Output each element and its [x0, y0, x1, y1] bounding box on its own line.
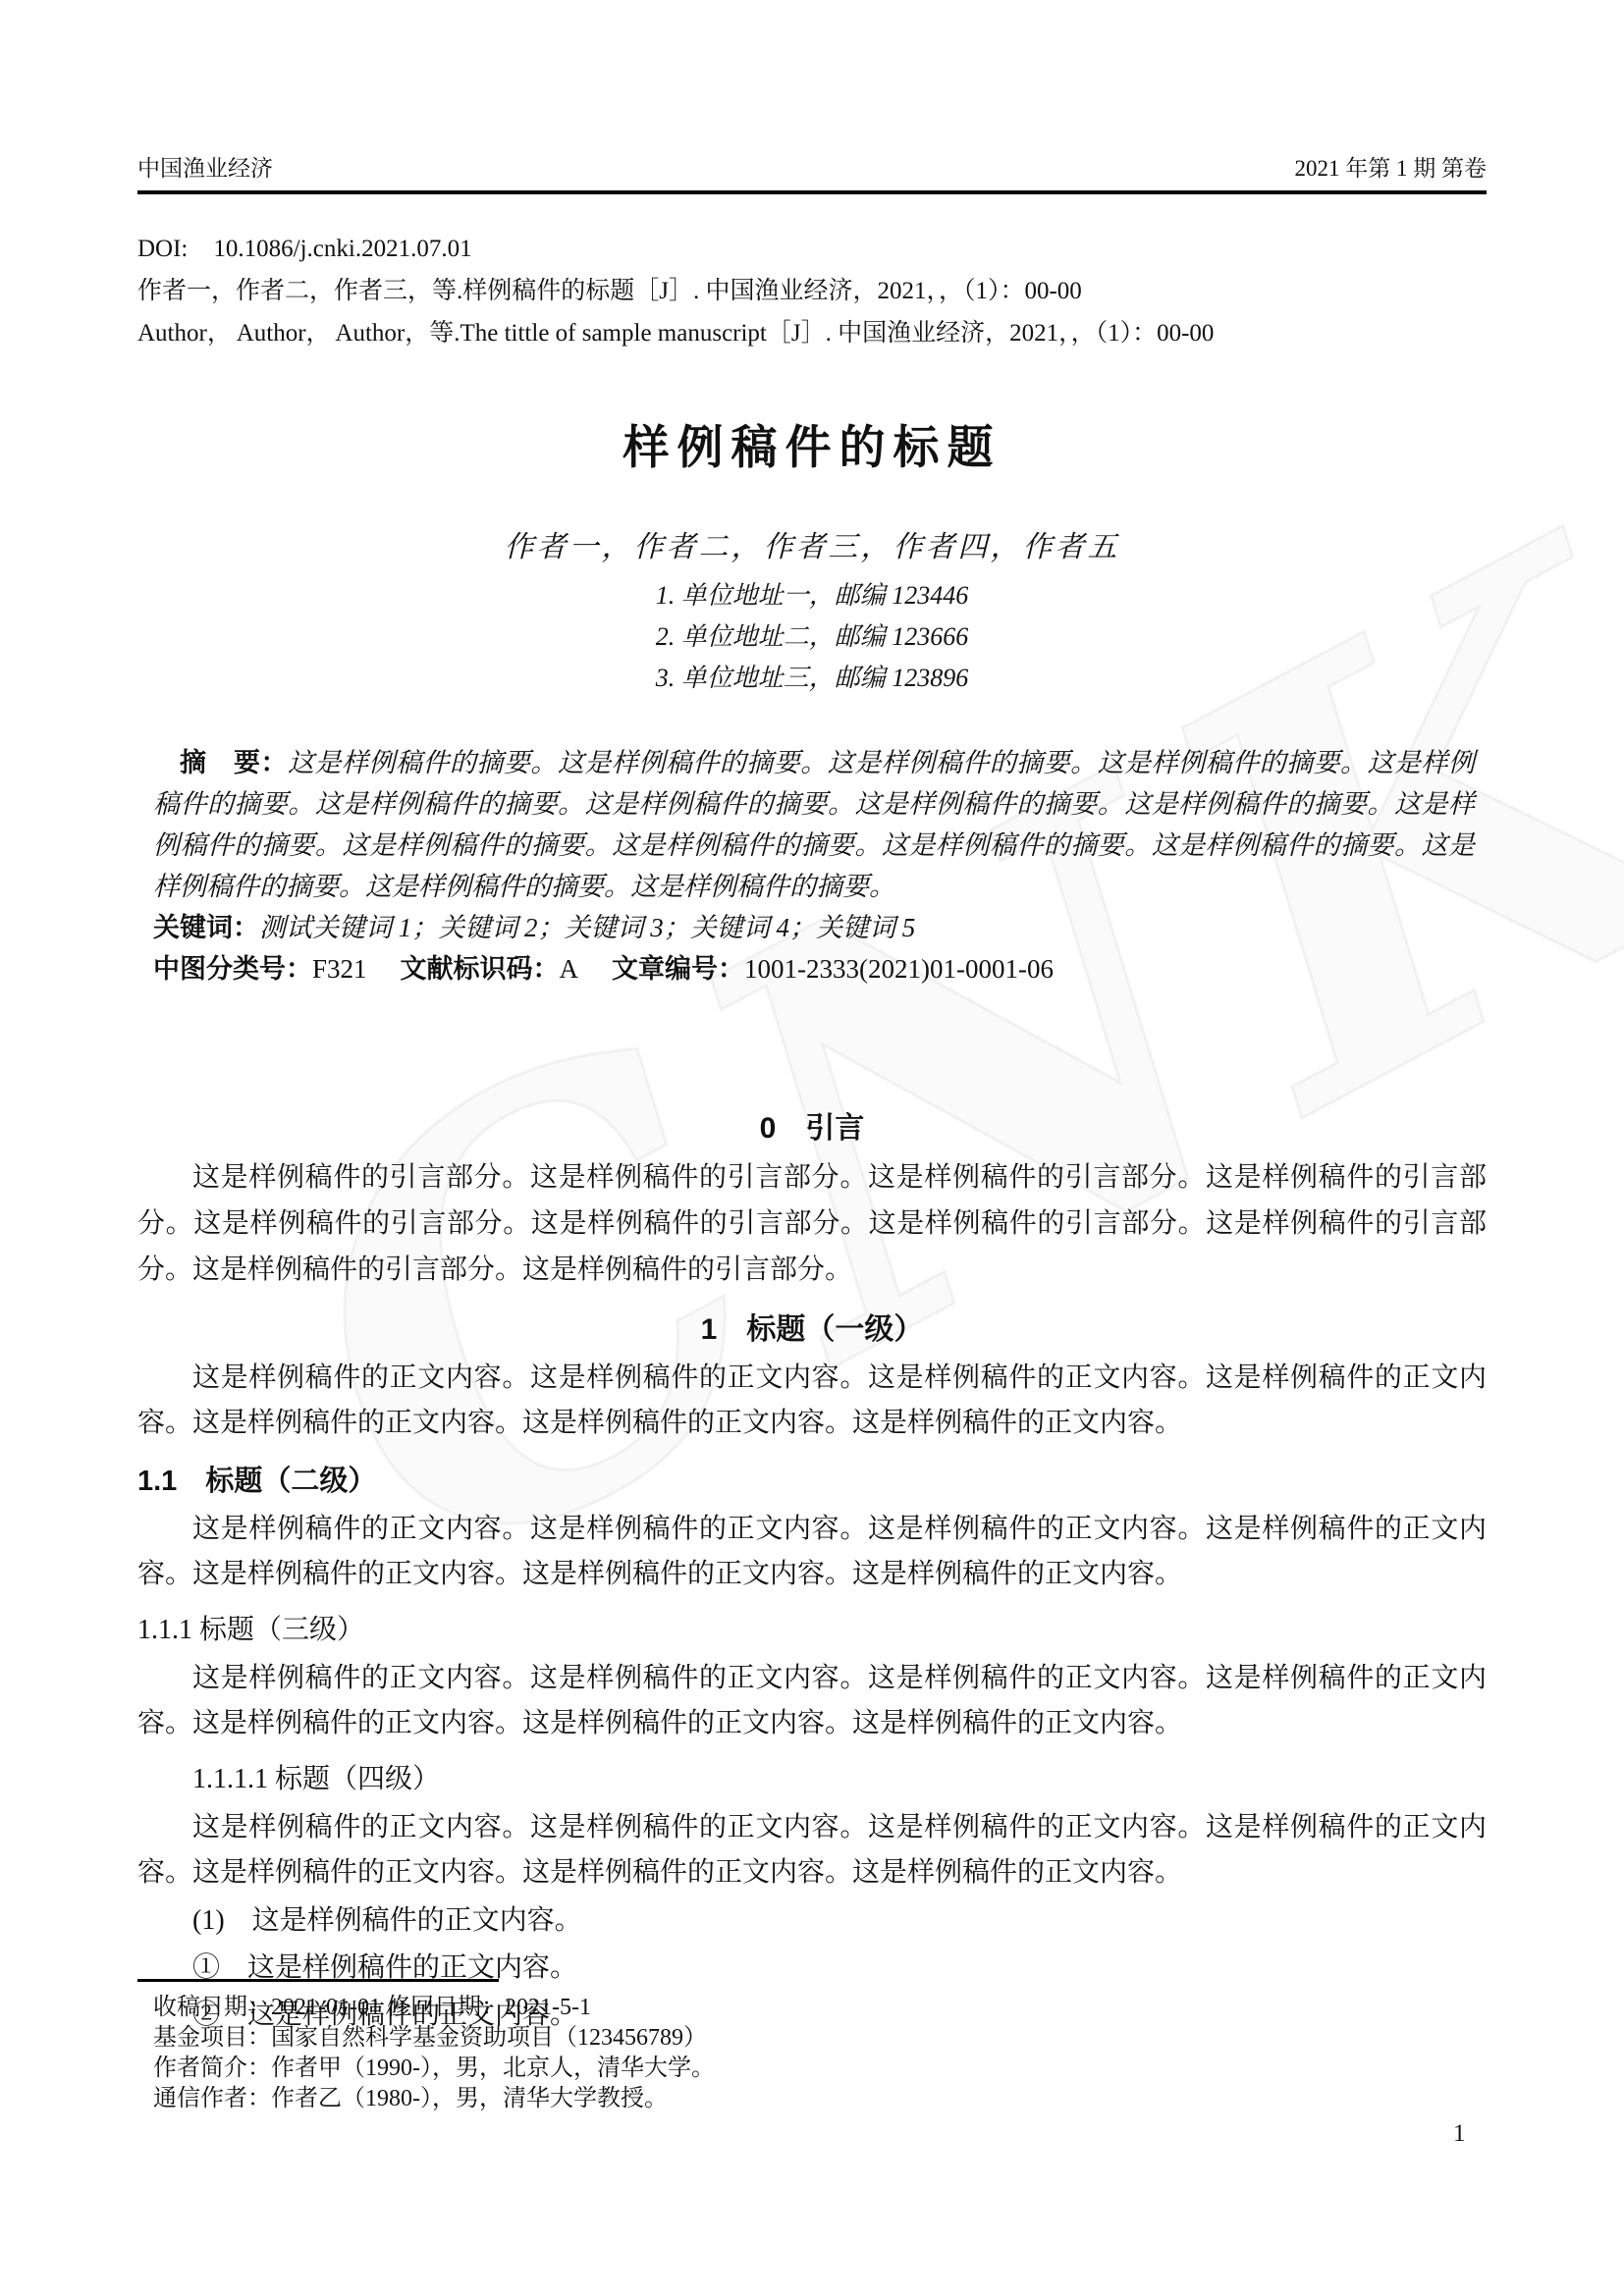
keywords-line: 关键词：测试关键词 1；关键词 2；关键词 3；关键词 4；关键词 5	[153, 907, 1475, 948]
header-rule	[137, 190, 1487, 194]
page-content: 中国渔业经济 2021 年第 1 期 第卷 DOI:10.1086/j.cnki…	[137, 0, 1487, 2037]
section-heading-level4: 1.1.1.1 标题（四级）	[137, 1760, 1487, 1799]
section-heading-intro: 0 引言	[137, 1109, 1487, 1148]
clc-value: F321	[312, 954, 367, 984]
page-number: 1	[1453, 2120, 1466, 2148]
doi-line: DOI:10.1086/j.cnki.2021.07.01	[137, 228, 1487, 270]
abstract-text: 这是样例稿件的摘要。这是样例稿件的摘要。这是样例稿件的摘要。这是样例稿件的摘要。…	[153, 748, 1475, 901]
article-title: 样例稿件的标题	[137, 411, 1487, 477]
citation-line-cn: 作者一，作者二，作者三，等.样例稿件的标题［J］. 中国渔业经济，2021，，（…	[137, 270, 1487, 312]
journal-name: 中国渔业经济	[137, 155, 273, 183]
keywords-label: 关键词：	[153, 913, 259, 942]
article-id-label: 文章编号：	[612, 954, 744, 984]
footnote-funding: 基金项目：国家自然科学基金资助项目（123456789）	[137, 2023, 1487, 2054]
abstract-label: 摘 要：	[180, 748, 288, 777]
running-header: 中国渔业经济 2021 年第 1 期 第卷	[137, 155, 1487, 183]
author-list: 作者一，作者二，作者三，作者四，作者五	[137, 522, 1487, 565]
affiliation-item: 2. 单位地址二，邮编 123666	[137, 616, 1487, 658]
footnote-area: 收稿日期：2021-01-01 修回日期：2021-5-1 基金项目：国家自然科…	[137, 1979, 1487, 2114]
affiliation-list: 1. 单位地址一，邮编 123446 2. 单位地址二，邮编 123666 3.…	[137, 575, 1487, 699]
clc-label: 中图分类号：	[153, 954, 312, 984]
citation-meta: DOI:10.1086/j.cnki.2021.07.01 作者一，作者二，作者…	[137, 228, 1487, 354]
body-paragraph: 这是样例稿件的正文内容。这是样例稿件的正文内容。这是样例稿件的正文内容。这是样例…	[137, 1507, 1487, 1597]
footnote-received-date: 收稿日期：2021-01-01 修回日期：2021-5-1	[137, 1993, 1487, 2023]
section-heading-level2: 1.1 标题（二级）	[137, 1462, 1487, 1501]
doi-value: 10.1086/j.cnki.2021.07.01	[213, 236, 471, 262]
affiliation-item: 1. 单位地址一，邮编 123446	[137, 575, 1487, 616]
citation-line-en: Author， Author， Author，等.The tittle of s…	[137, 312, 1487, 354]
doi-label: DOI:	[137, 236, 188, 262]
footnote-corresponding-author: 通信作者：作者乙（1980-），男，清华大学教授。	[137, 2084, 1487, 2114]
doc-code-value: A	[560, 954, 579, 984]
article-id-value: 1001-2333(2021)01-0001-06	[744, 954, 1054, 984]
classification-line: 中图分类号：F321文献标识码：A文章编号：1001-2333(2021)01-…	[153, 948, 1475, 989]
abstract-paragraph: 摘 要：这是样例稿件的摘要。这是样例稿件的摘要。这是样例稿件的摘要。这是样例稿件…	[153, 742, 1475, 907]
affiliation-item: 3. 单位地址三，邮编 123896	[137, 658, 1487, 699]
body-paragraph: 这是样例稿件的正文内容。这是样例稿件的正文内容。这是样例稿件的正文内容。这是样例…	[137, 1656, 1487, 1746]
list-item-paren-1: (1) 这是样例稿件的正文内容。	[137, 1899, 1487, 1943]
abstract-block: 摘 要：这是样例稿件的摘要。这是样例稿件的摘要。这是样例稿件的摘要。这是样例稿件…	[137, 742, 1487, 989]
doc-code-label: 文献标识码：	[401, 954, 560, 984]
intro-paragraph: 这是样例稿件的引言部分。这是样例稿件的引言部分。这是样例稿件的引言部分。这是样例…	[137, 1154, 1487, 1293]
footnote-rule	[137, 1979, 499, 1982]
keywords-text: 测试关键词 1；关键词 2；关键词 3；关键词 4；关键词 5	[259, 913, 915, 942]
issue-info: 2021 年第 1 期 第卷	[1295, 155, 1488, 183]
section-heading-level1: 1 标题（一级）	[137, 1310, 1487, 1350]
body-paragraph: 这是样例稿件的正文内容。这是样例稿件的正文内容。这是样例稿件的正文内容。这是样例…	[137, 1356, 1487, 1446]
body-paragraph: 这是样例稿件的正文内容。这是样例稿件的正文内容。这是样例稿件的正文内容。这是样例…	[137, 1805, 1487, 1896]
section-heading-level3: 1.1.1 标题（三级）	[137, 1611, 1487, 1650]
manuscript-page: CNKI 中国渔业经济 2021 年第 1 期 第卷 DOI:10.1086/j…	[0, 0, 1624, 2296]
footnote-author-bio: 作者简介：作者甲（1990-），男，北京人，清华大学。	[137, 2054, 1487, 2084]
